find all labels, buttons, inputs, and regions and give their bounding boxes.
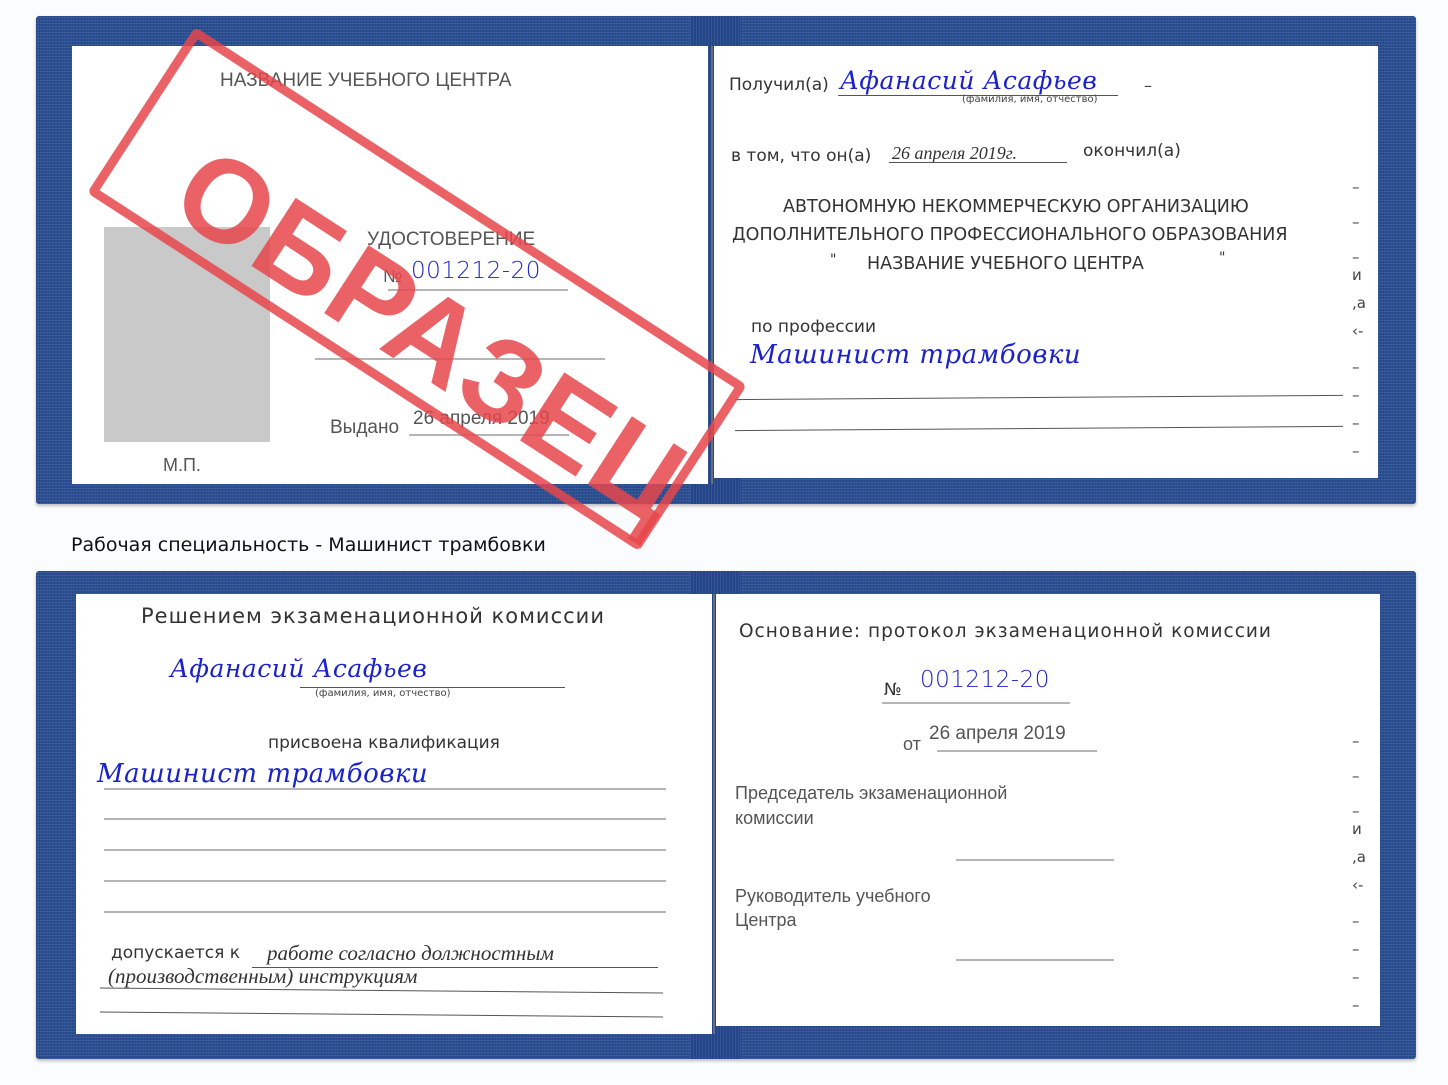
org-quote-close: " — [1219, 250, 1225, 266]
received-label: Получил(а) — [729, 75, 829, 95]
issued-label: Выдано — [330, 417, 399, 439]
org-line-1: АВТОНОМНУЮ НЕКОММЕРЧЕСКУЮ ОРГАНИЗАЦИЮ — [783, 197, 1249, 217]
commission-header: Решением экзаменационной комиссии — [141, 604, 605, 628]
chairman-signature-line — [956, 859, 1114, 861]
protocol-number-label: № — [884, 680, 902, 700]
dash-mark: – — [1144, 76, 1152, 95]
fio-hint-bottom: (фамилия, имя, отчество) — [315, 688, 451, 699]
admitted-line-2: (производственным) инструкциям — [108, 964, 417, 989]
completion-date: 26 апреля 2019г. — [892, 143, 1017, 164]
date-underline — [889, 162, 1067, 163]
admitted-label: допускается к — [111, 943, 240, 963]
from-label: от — [903, 734, 921, 755]
protocol-number: 001212-20 — [920, 667, 1050, 693]
chairman-line-2: комиссии — [735, 808, 814, 829]
org-line-3: НАЗВАНИЕ УЧЕБНОГО ЦЕНТРА — [867, 254, 1144, 274]
qualification-underline-5 — [104, 911, 666, 913]
protocol-date: 26 апреля 2019 — [929, 723, 1066, 745]
protocol-date-underline — [937, 750, 1097, 752]
protocol-number-underline — [882, 702, 1070, 704]
admitted-line-1: работе согласно должностным — [267, 941, 554, 966]
qualification-underline-2 — [104, 818, 666, 820]
bottom-fold — [713, 594, 715, 1034]
recipient-name: Афанасий Асафьев — [840, 66, 1097, 95]
qualification-value: Машинист трамбовки — [97, 759, 428, 789]
finished-label: окончил(а) — [1083, 141, 1181, 161]
head-line-1: Руководитель учебного — [735, 886, 931, 907]
profession-label: по профессии — [751, 317, 876, 337]
caption: Рабочая специальность - Машинист трамбов… — [71, 534, 546, 556]
org-quote-open: " — [830, 252, 836, 268]
qualification-underline-4 — [104, 880, 666, 882]
chairman-line-1: Председатель экзаменационной — [735, 783, 1007, 804]
org-line-2: ДОПОЛНИТЕЛЬНОГО ПРОФЕССИОНАЛЬНОГО ОБРАЗО… — [732, 225, 1287, 245]
fio-hint: (фамилия, имя, отчество) — [962, 94, 1098, 105]
bottom-right-page — [716, 594, 1380, 1026]
qualification-label: присвоена квалификация — [268, 733, 500, 753]
qualification-underline-1 — [104, 788, 666, 790]
head-line-2: Центра — [735, 910, 797, 931]
profession-value: Машинист трамбовки — [750, 340, 1081, 370]
head-signature-line — [956, 959, 1114, 961]
holder-name: Афанасий Асафьев — [170, 654, 427, 683]
seal-label: М.П. — [163, 455, 201, 476]
qualification-underline-3 — [104, 849, 666, 851]
basis-text: Основание: протокол экзаменационной коми… — [739, 621, 1272, 642]
in-that-label: в том, что он(а) — [731, 146, 871, 166]
